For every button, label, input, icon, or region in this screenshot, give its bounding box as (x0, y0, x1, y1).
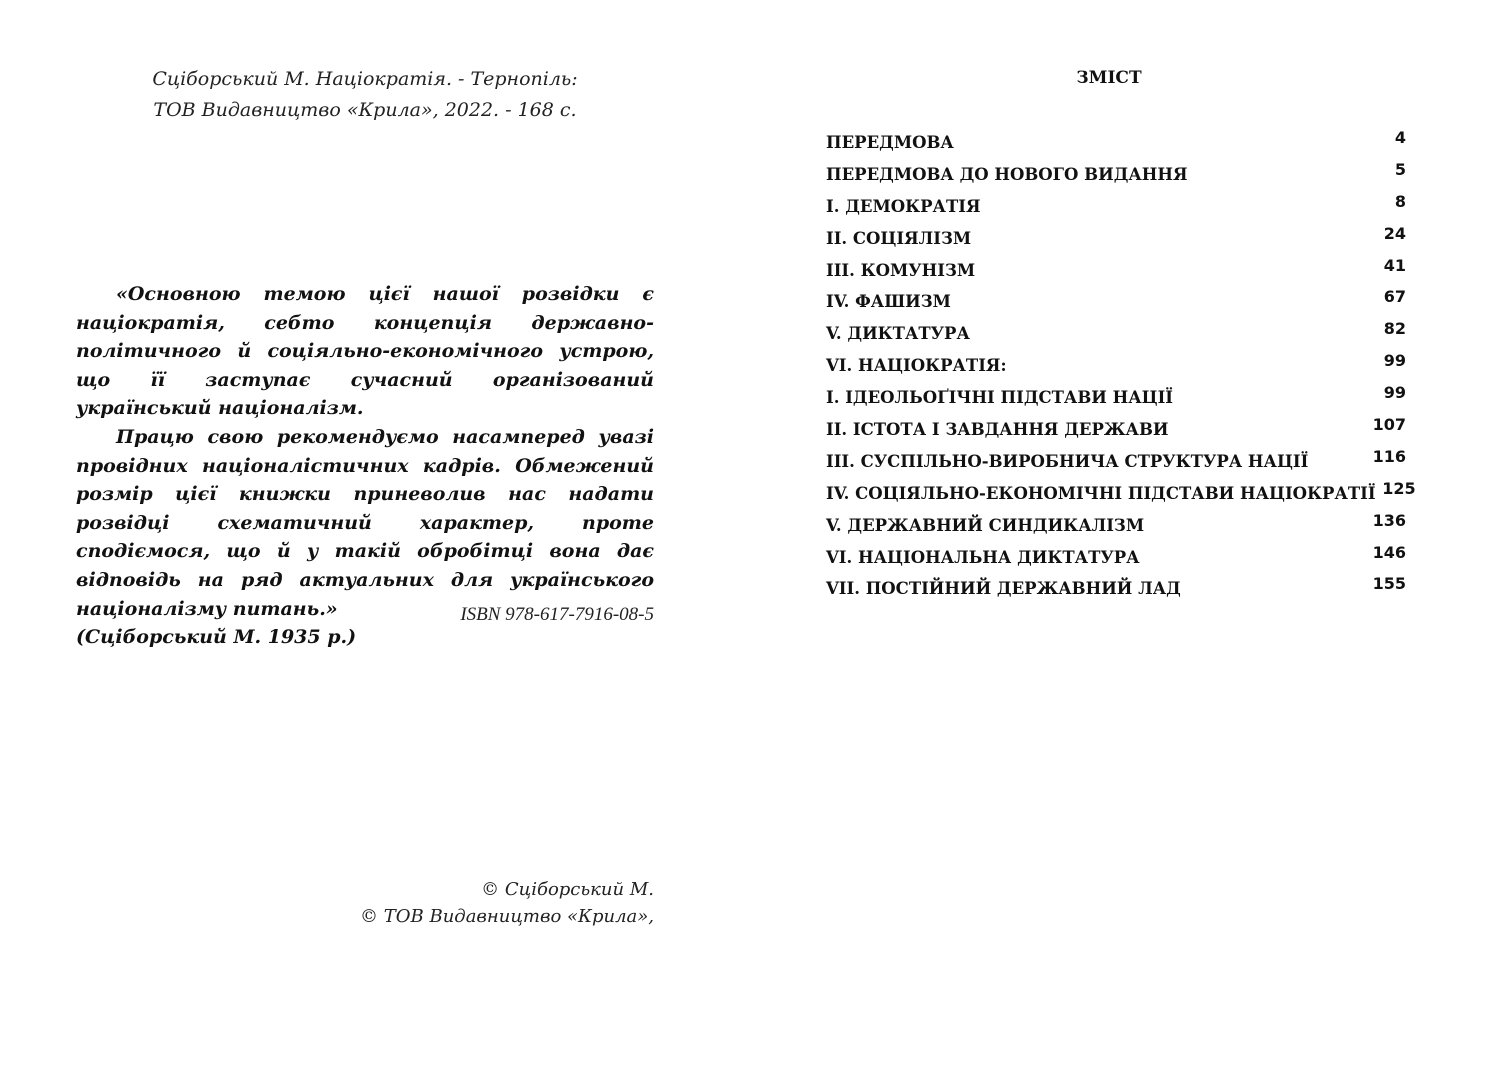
table-of-contents: ПЕРЕДМОВА 4 ПЕРЕДМОВА ДО НОВОГО ВИДАННЯ … (826, 128, 1406, 606)
toc-entry-page: 82 (1366, 319, 1406, 338)
quote-paragraph-1: «Основною темою цієї нашої розвідки є на… (76, 280, 654, 423)
toc-entry-label: ПЕРЕДМОВА ДО НОВОГО ВИДАННЯ (826, 160, 1188, 184)
toc-entry-label: III. КОМУНІЗМ (826, 256, 975, 280)
toc-entry: V. ДЕРЖАВНИЙ СИНДИКАЛІЗМ 136 (826, 511, 1406, 543)
toc-entry: VII. ПОСТІЙНИЙ ДЕРЖАВНИЙ ЛАД 155 (826, 574, 1406, 606)
toc-entry-label: II. СОЦІЯЛІЗМ (826, 224, 971, 248)
toc-entry-page: 116 (1366, 447, 1406, 466)
toc-entry: III. КОМУНІЗМ 41 (826, 256, 1406, 288)
citation-line-2: ТОВ Видавництво «Крила», 2022. - 168 с. (150, 95, 580, 126)
toc-entry: ПЕРЕДМОВА ДО НОВОГО ВИДАННЯ 5 (826, 160, 1406, 192)
toc-entry-label: IV. ФАШИЗМ (826, 287, 951, 311)
toc-entry-page: 146 (1366, 543, 1406, 562)
toc-entry-label: II. ІСТОТА І ЗАВДАННЯ ДЕРЖАВИ (826, 415, 1169, 439)
copyright-notice: © Сціборський М. © ТОВ Видавництво «Крил… (300, 876, 654, 930)
toc-entry-label: VI. НАЦІОКРАТІЯ: (826, 351, 1007, 375)
toc-entry: V. ДИКТАТУРА 82 (826, 319, 1406, 351)
isbn: ISBN 978-617-7916-08-5 (76, 602, 654, 628)
toc-entry: III. СУСПІЛЬНО-ВИРОБНИЧА СТРУКТУРА НАЦІЇ… (826, 447, 1406, 479)
toc-entry-page: 99 (1366, 383, 1406, 402)
toc-entry-label: VI. НАЦІОНАЛЬНА ДИКТАТУРА (826, 543, 1140, 567)
toc-entry-page: 4 (1366, 128, 1406, 147)
toc-entry: II. СОЦІЯЛІЗМ 24 (826, 224, 1406, 256)
toc-entry-page: 24 (1366, 224, 1406, 243)
toc-entry-label: I. ДЕМОКРАТІЯ (826, 192, 981, 216)
toc-entry-label: I. ІДЕОЛЬОҐІЧНІ ПІДСТАВИ НАЦІЇ (826, 383, 1173, 407)
toc-entry: II. ІСТОТА І ЗАВДАННЯ ДЕРЖАВИ 107 (826, 415, 1406, 447)
toc-entry-page: 5 (1366, 160, 1406, 179)
toc-entry-page: 41 (1366, 256, 1406, 275)
toc-entry-label: V. ДЕРЖАВНИЙ СИНДИКАЛІЗМ (826, 511, 1144, 535)
toc-entry-page: 99 (1366, 351, 1406, 370)
quote-paragraph-2: Працю свою рекомендуємо насамперед увазі… (76, 423, 654, 623)
copyright-line-1: © Сціборський М. (300, 876, 654, 903)
toc-entry: ПЕРЕДМОВА 4 (826, 128, 1406, 160)
author-quote: «Основною темою цієї нашої розвідки є на… (76, 280, 654, 652)
toc-entry: VI. НАЦІОНАЛЬНА ДИКТАТУРА 146 (826, 543, 1406, 575)
toc-title: ЗМІСТ (746, 68, 1472, 88)
toc-entry-page: 125 (1376, 479, 1416, 498)
toc-entry: IV. СОЦІЯЛЬНО-ЕКОНОМІЧНІ ПІДСТАВИ НАЦІОК… (826, 479, 1406, 511)
left-page: Сціборський М. Націократія. - Тернопіль:… (0, 0, 746, 1079)
toc-entry-label: VII. ПОСТІЙНИЙ ДЕРЖАВНИЙ ЛАД (826, 574, 1181, 598)
toc-entry-page: 155 (1366, 574, 1406, 593)
toc-entry-label: III. СУСПІЛЬНО-ВИРОБНИЧА СТРУКТУРА НАЦІЇ (826, 447, 1308, 471)
toc-entry-page: 107 (1366, 415, 1406, 434)
toc-entry-label: V. ДИКТАТУРА (826, 319, 970, 343)
copyright-line-2: © ТОВ Видавництво «Крила», (300, 903, 654, 930)
right-page: ЗМІСТ ПЕРЕДМОВА 4 ПЕРЕДМОВА ДО НОВОГО ВИ… (746, 0, 1492, 1079)
toc-entry-label: IV. СОЦІЯЛЬНО-ЕКОНОМІЧНІ ПІДСТАВИ НАЦІОК… (826, 479, 1376, 503)
toc-entry-page: 136 (1366, 511, 1406, 530)
toc-entry: I. ІДЕОЛЬОҐІЧНІ ПІДСТАВИ НАЦІЇ 99 (826, 383, 1406, 415)
toc-entry: VI. НАЦІОКРАТІЯ: 99 (826, 351, 1406, 383)
toc-entry-label: ПЕРЕДМОВА (826, 128, 954, 152)
toc-entry: I. ДЕМОКРАТІЯ 8 (826, 192, 1406, 224)
toc-entry-page: 67 (1366, 287, 1406, 306)
toc-entry: IV. ФАШИЗМ 67 (826, 287, 1406, 319)
citation-line-1: Сціборський М. Націократія. - Тернопіль: (150, 64, 580, 95)
bibliographic-citation: Сціборський М. Націократія. - Тернопіль:… (150, 64, 580, 126)
toc-entry-page: 8 (1366, 192, 1406, 211)
